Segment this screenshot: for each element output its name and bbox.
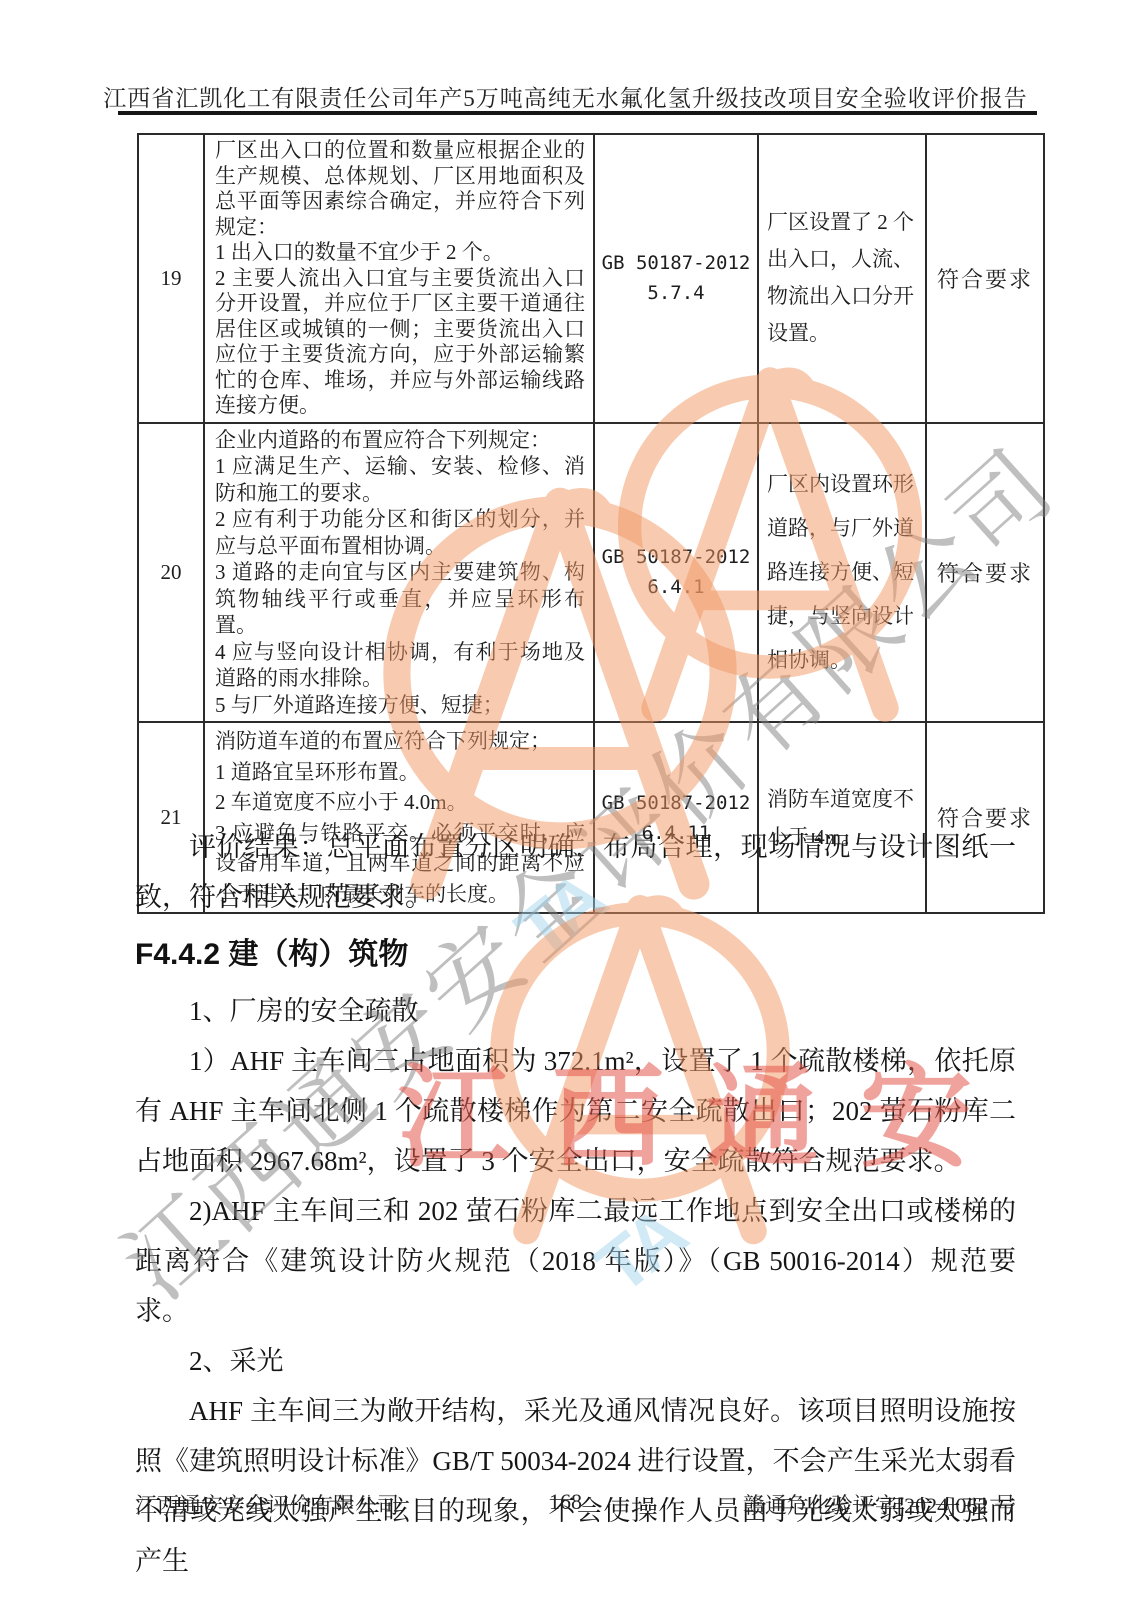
report-page: 江西通安安全评价有限公司 TA xyxy=(0,0,1131,1600)
standard-clause: 5.7.4 xyxy=(601,278,751,308)
row-number-cell: 19 xyxy=(138,134,204,423)
standard-cell: GB 50187-2012 5.7.4 xyxy=(594,134,758,423)
page-header-title: 江西省汇凯化工有限责任公司年产5万吨高纯无水氟化氢升级技改项目安全验收评价报告 xyxy=(0,80,1131,113)
standard-cell: GB 50187-2012 6.4.1 xyxy=(594,423,758,723)
requirement-cell: 企业内道路的布置应符合下列规定： 1 应满足生产、运输、安装、检修、消防和施工的… xyxy=(204,423,594,723)
conclusion-cell: 符合要求 xyxy=(926,134,1044,423)
table-row: 20 企业内道路的布置应符合下列规定： 1 应满足生产、运输、安装、检修、消防和… xyxy=(138,423,1044,723)
footer-doc-number: 赣通危化验评字[2024]062 号 xyxy=(743,1489,1016,1520)
standard-code: GB 50187-2012 xyxy=(601,542,751,572)
conclusion-cell: 符合要求 xyxy=(926,423,1044,723)
row-number-cell: 20 xyxy=(138,423,204,723)
item2-paragraph-1: AHF 主车间三为敞开结构，采光及通风情况良好。该项目照明设施按照《建筑照明设计… xyxy=(135,1386,1016,1586)
requirement-cell: 厂区出入口的位置和数量应根据企业的生产规模、总体规划、厂区用地面积及总平面等因素… xyxy=(204,134,594,423)
table-row: 19 厂区出入口的位置和数量应根据企业的生产规模、总体规划、厂区用地面积及总平面… xyxy=(138,134,1044,423)
section-heading: F4.4.2 建（构）筑物 xyxy=(135,934,1016,976)
header-rule xyxy=(118,111,1037,115)
actual-situation-cell: 厂区设置了 2 个出入口，人流、物流出入口分开设置。 xyxy=(758,134,926,423)
item1-title: 1、厂房的安全疏散 xyxy=(135,986,1016,1036)
standard-code: GB 50187-2012 xyxy=(601,788,751,818)
item2-title: 2、采光 xyxy=(135,1336,1016,1386)
footer-company: 江西通安安全评价有限公司 xyxy=(135,1489,399,1520)
footer-page-number: 168 xyxy=(549,1489,582,1515)
evaluation-result-paragraph: 评价结果：总平面布置分区明确，布局合理，现场情况与设计图纸一致，符合相关规范要求… xyxy=(135,822,1016,922)
body-text: 评价结果：总平面布置分区明确，布局合理，现场情况与设计图纸一致，符合相关规范要求… xyxy=(135,822,1016,1586)
actual-situation-cell: 厂区内设置环形道路，与厂外道路连接方便、短捷，与竖向设计相协调。 xyxy=(758,423,926,723)
standard-clause: 6.4.1 xyxy=(601,572,751,602)
compliance-table: 19 厂区出入口的位置和数量应根据企业的生产规模、总体规划、厂区用地面积及总平面… xyxy=(137,133,1045,914)
item1-paragraph-2: 2)AHF 主车间三和 202 萤石粉库二最远工作地点到安全出口或楼梯的距离符合… xyxy=(135,1186,1016,1336)
item1-paragraph-1: 1）AHF 主车间三占地面积为 372.1m²，设置了 1 个疏散楼梯，依托原有… xyxy=(135,1036,1016,1186)
standard-code: GB 50187-2012 xyxy=(601,248,751,278)
